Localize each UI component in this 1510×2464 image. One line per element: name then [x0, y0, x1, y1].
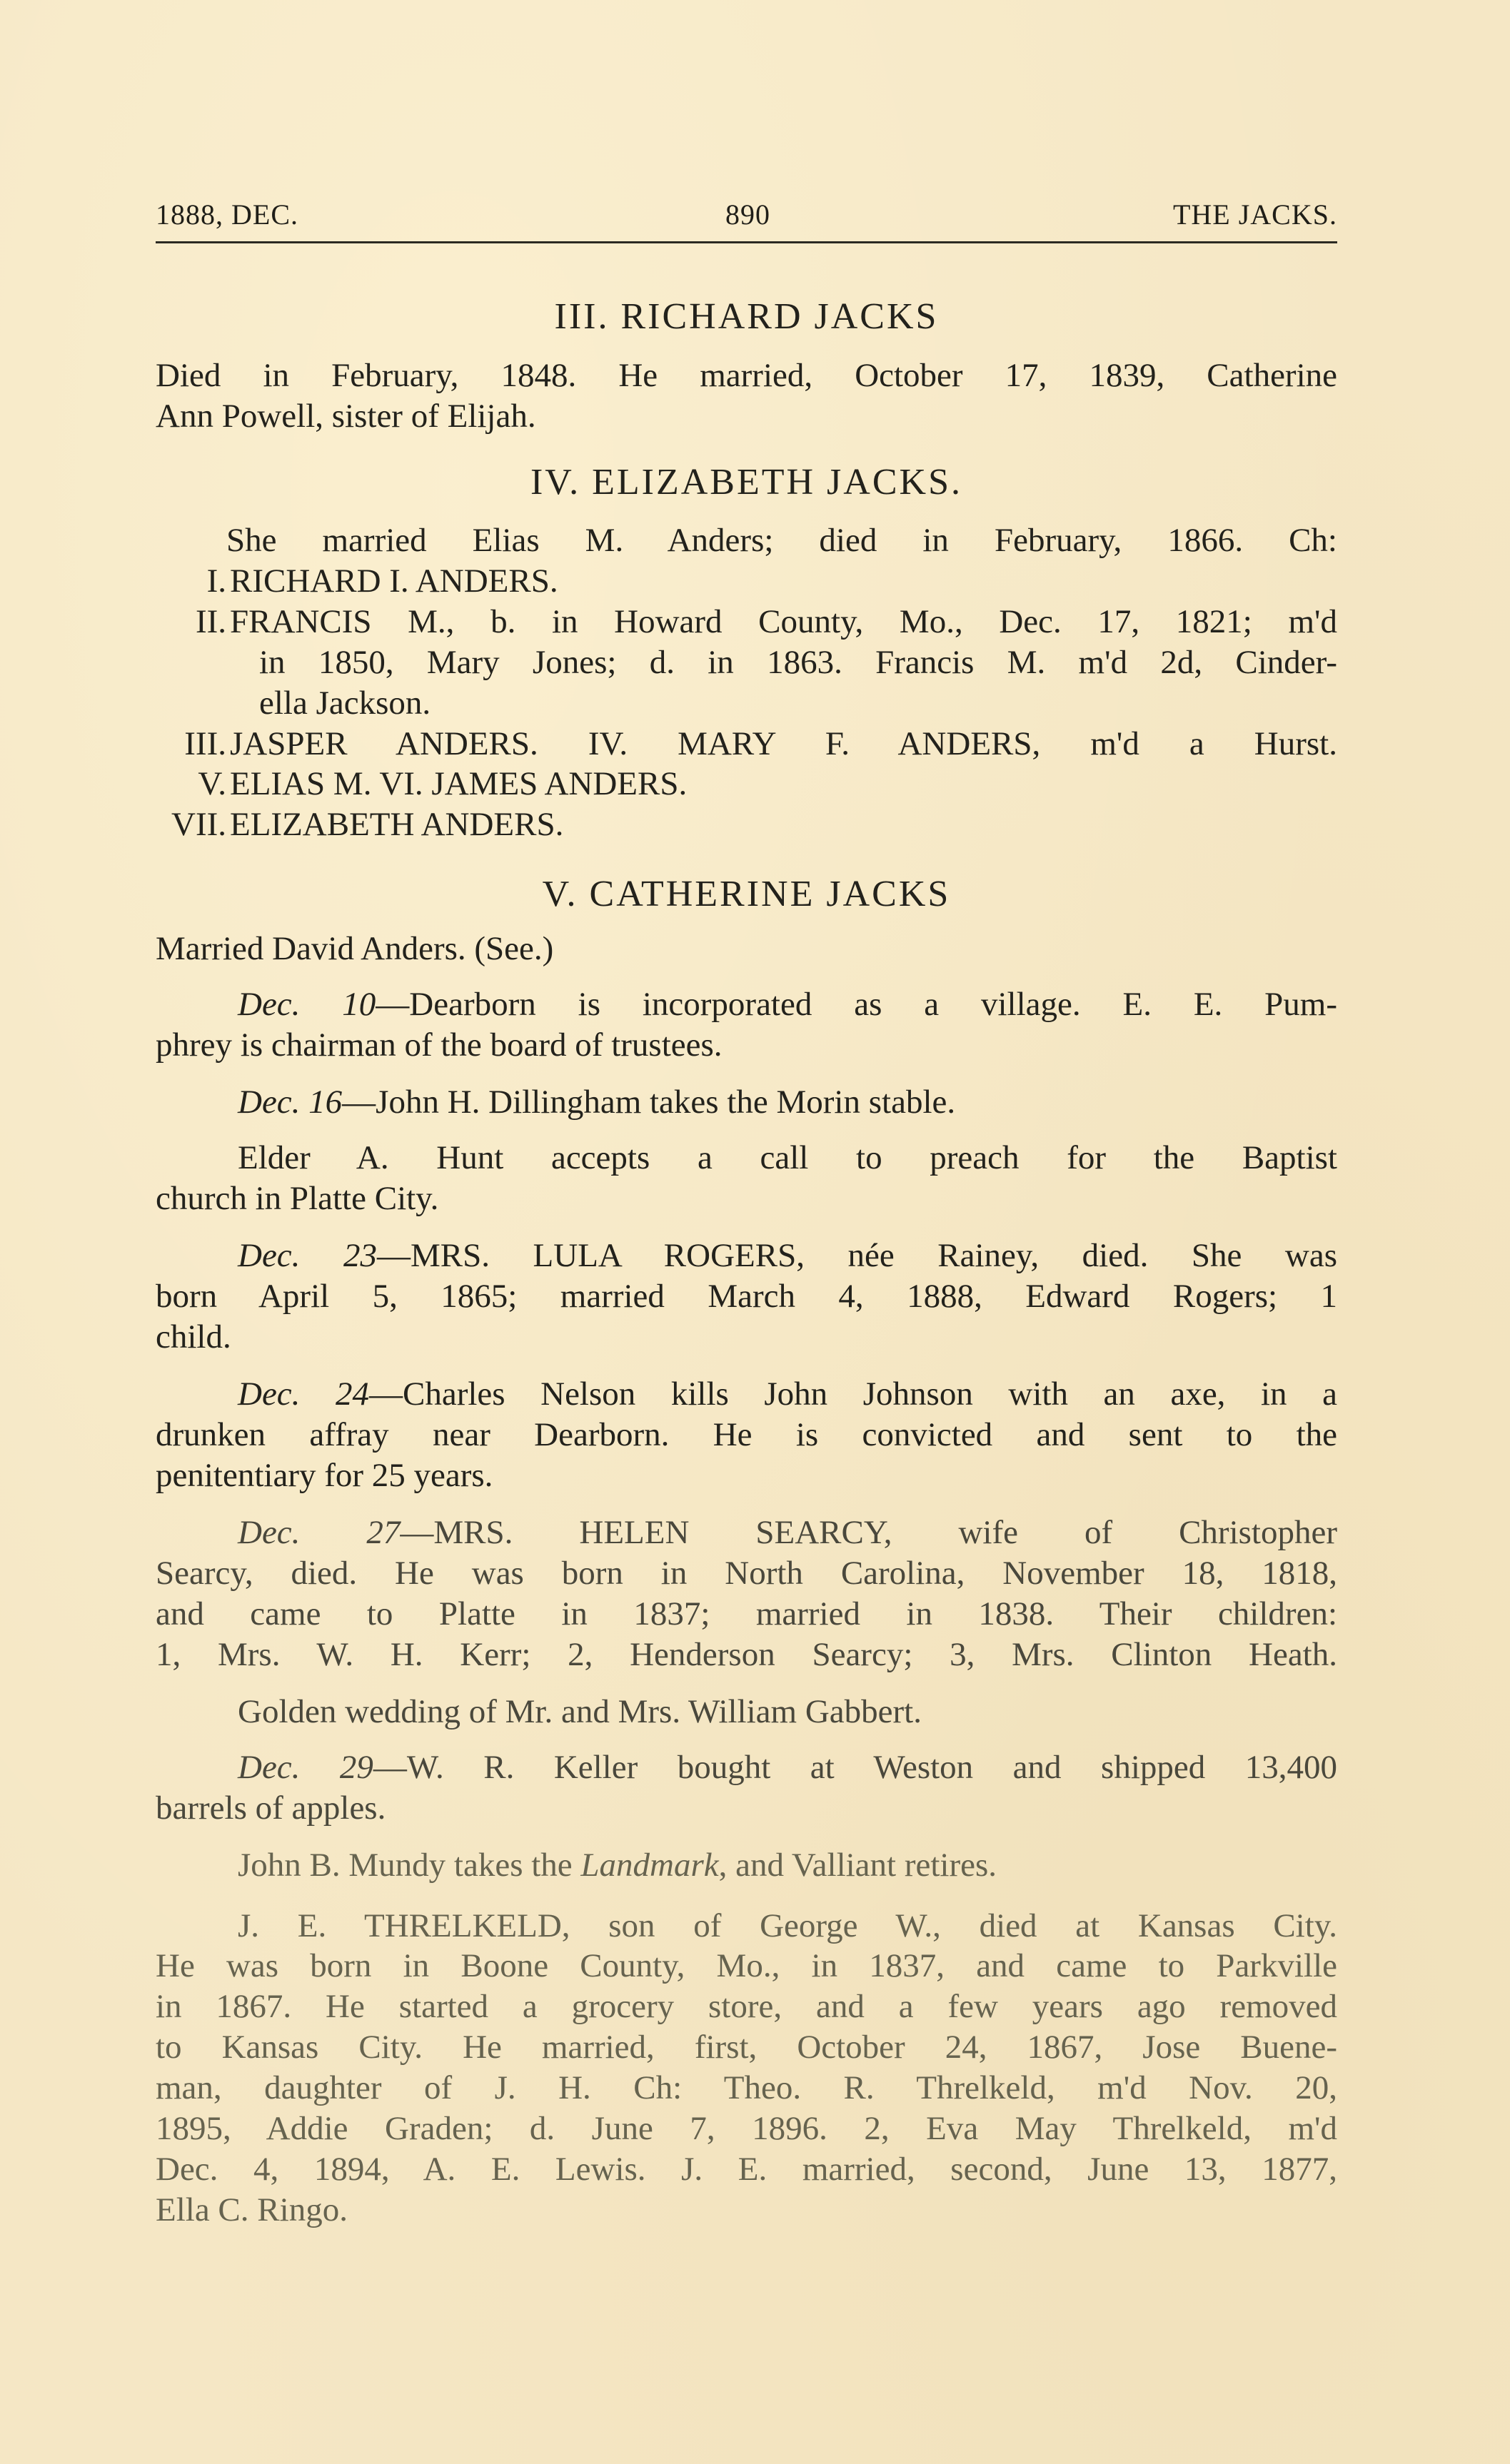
- header-rule: [156, 241, 1337, 243]
- child-entry: RICHARD I. ANDERS.: [230, 560, 1337, 602]
- entry-date: Dec. 24: [238, 1375, 369, 1413]
- entry-text-line: in 1867. He started a grocery store, and…: [156, 1985, 1337, 2028]
- entry-date: Dec. 27: [238, 1514, 400, 1551]
- entry-text-line: to Kansas City. He married, first, Octob…: [156, 2026, 1337, 2069]
- entry-text-line: barrels of apples.: [156, 1787, 1337, 1829]
- entry-text-line: drunken affray near Dearborn. He is conv…: [156, 1413, 1337, 1456]
- entry-text-line: and came to Platte in 1837; married in 1…: [156, 1592, 1337, 1635]
- child-entry-continued: in 1850, Mary Jones; d. in 1863. Francis…: [259, 641, 1337, 684]
- newspaper-title: Landmark: [580, 1847, 718, 1884]
- richard-text-line: Died in February, 1848. He married, Octo…: [156, 354, 1337, 397]
- entry-text-line: penitentiary for 25 years.: [156, 1454, 1337, 1497]
- child-number: V.: [171, 762, 226, 805]
- child-number: III.: [156, 722, 226, 765]
- elizabeth-intro: She married Elias M. Anders; died in Feb…: [226, 519, 1337, 562]
- chronicle-entry-dec-24: Dec. 24—Charles Nelson kills John Johnso…: [238, 1373, 1337, 1415]
- chronicle-entry-dec-29: Dec. 29—W. R. Keller bought at Weston an…: [238, 1746, 1337, 1789]
- chronicle-entry-dec-10: Dec. 10—Dearborn is incorporated as a vi…: [238, 983, 1337, 1026]
- chronicle-entry-threlkeld: J. E. THRELKELD, son of George W., died …: [238, 1904, 1337, 1947]
- entry-text-line: Dec. 4, 1894, A. E. Lewis. J. E. married…: [156, 2148, 1337, 2191]
- chronicle-entry-dec-23: Dec. 23—MRS. LULA ROGERS, née Rainey, di…: [238, 1234, 1337, 1277]
- section-heading-catherine-jacks: V. CATHERINE JACKS: [156, 873, 1337, 916]
- child-number: II.: [166, 600, 226, 643]
- entry-text-line: born April 5, 1865; married March 4, 188…: [156, 1275, 1337, 1318]
- child-entry: ELIAS M. VI. JAMES ANDERS.: [230, 762, 1337, 805]
- child-entry-continued: ella Jackson.: [259, 682, 1337, 724]
- chronicle-entry-mundy: John B. Mundy takes the Landmark, and Va…: [238, 1844, 1337, 1887]
- entry-text-line: Ella C. Ringo.: [156, 2188, 1337, 2231]
- entry-date: Dec. 29: [238, 1749, 373, 1786]
- running-header-title: THE JACKS.: [1135, 197, 1337, 233]
- chronicle-entry-golden-wedding: Golden wedding of Mr. and Mrs. William G…: [238, 1690, 1337, 1733]
- section-heading-elizabeth-jacks: IV. ELIZABETH JACKS.: [156, 461, 1337, 504]
- entry-text-line: child.: [156, 1316, 1337, 1358]
- entry-date: Dec. 23: [238, 1237, 377, 1274]
- chronicle-entry-dec-16: Dec. 16—John H. Dillingham takes the Mor…: [238, 1081, 1337, 1124]
- entry-text-line: 1, Mrs. W. H. Kerr; 2, Henderson Searcy;…: [156, 1633, 1337, 1676]
- page-number: 890: [725, 197, 770, 233]
- entry-text-line: phrey is chairman of the board of truste…: [156, 1024, 1337, 1066]
- child-entry: JASPER ANDERS. IV. MARY F. ANDERS, m'd a…: [230, 722, 1337, 765]
- entry-text-line: man, daughter of J. H. Ch: Theo. R. Thre…: [156, 2066, 1337, 2109]
- entry-text-line: church in Platte City.: [156, 1177, 1337, 1220]
- child-number: I.: [187, 560, 226, 602]
- entry-text-line: Searcy, died. He was born in North Carol…: [156, 1552, 1337, 1595]
- entry-date: Dec. 16: [238, 1084, 342, 1121]
- catherine-text-line: Married David Anders. (See.): [156, 927, 1337, 970]
- chronicle-entry-elder-hunt: Elder A. Hunt accepts a call to preach f…: [238, 1136, 1337, 1179]
- entry-text-line: He was born in Boone County, Mo., in 183…: [156, 1944, 1337, 1987]
- richard-text-line: Ann Powell, sister of Elijah.: [156, 395, 1337, 438]
- child-entry: ELIZABETH ANDERS.: [230, 803, 1337, 846]
- section-heading-richard-jacks: III. RICHARD JACKS: [156, 296, 1337, 338]
- child-entry: FRANCIS M., b. in Howard County, Mo., De…: [230, 600, 1337, 643]
- entry-date: Dec. 10: [238, 986, 376, 1023]
- entry-text-line: 1895, Addie Graden; d. June 7, 1896. 2, …: [156, 2107, 1337, 2150]
- child-number: VII.: [156, 803, 226, 846]
- chronicle-entry-dec-27: Dec. 27—MRS. HELEN SEARCY, wife of Chris…: [238, 1511, 1337, 1554]
- running-header-date: 1888, DEC.: [156, 197, 298, 233]
- book-page: 1888, DEC. 890 THE JACKS. III. RICHARD J…: [0, 0, 1510, 2464]
